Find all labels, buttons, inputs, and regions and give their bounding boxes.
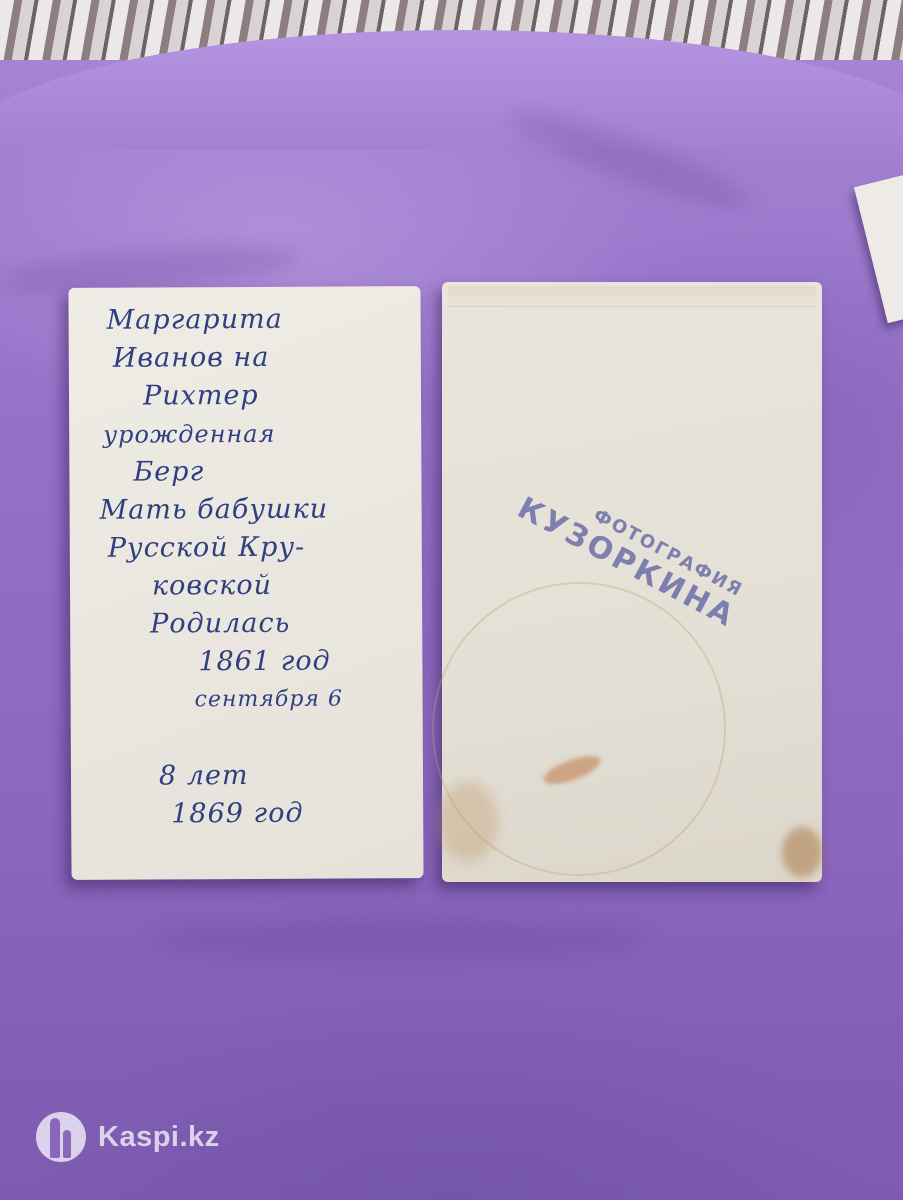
handwritten-inscription: Маргарита Иванов на Рихтер урожденная Бе…	[99, 300, 344, 833]
handwriting-line: Родилась	[150, 604, 343, 643]
handwriting-line: Русской Кру-	[108, 528, 343, 567]
kaspi-logo-icon	[36, 1112, 86, 1162]
corner-stain	[438, 782, 498, 862]
photo-back-handwritten: Маргарита Иванов на Рихтер урожденная Бе…	[68, 286, 423, 880]
photo-back-stamped: ФОТОГРАФИЯ КУЗОРКИНА	[442, 282, 822, 882]
handwriting-line: ковской	[152, 566, 343, 605]
handwriting-line: сентября 6	[195, 680, 344, 719]
handwriting-line: Берг	[133, 452, 342, 491]
watermark-text: Kaspi.kz	[98, 1121, 220, 1154]
handwriting-line: Маргарита	[107, 300, 342, 339]
corner-stain	[782, 827, 822, 877]
partial-photo-card	[854, 173, 903, 323]
handwriting-line: 1861 год	[198, 642, 343, 681]
card-top-edge	[448, 286, 816, 307]
photo-scene: Маргарита Иванов на Рихтер урожденная Бе…	[0, 0, 903, 1200]
handwriting-line: Иванов на	[113, 338, 342, 377]
handwriting-line: 8 лет	[159, 756, 344, 795]
kaspi-watermark: Kaspi.kz	[36, 1112, 220, 1162]
handwriting-line: 1869 год	[171, 794, 344, 833]
handwriting-line: урожденная	[103, 414, 342, 453]
fabric-fold-shadow	[150, 920, 650, 960]
handwriting-line: Рихтер	[143, 376, 342, 415]
handwriting-line: Мать бабушки	[100, 490, 343, 529]
